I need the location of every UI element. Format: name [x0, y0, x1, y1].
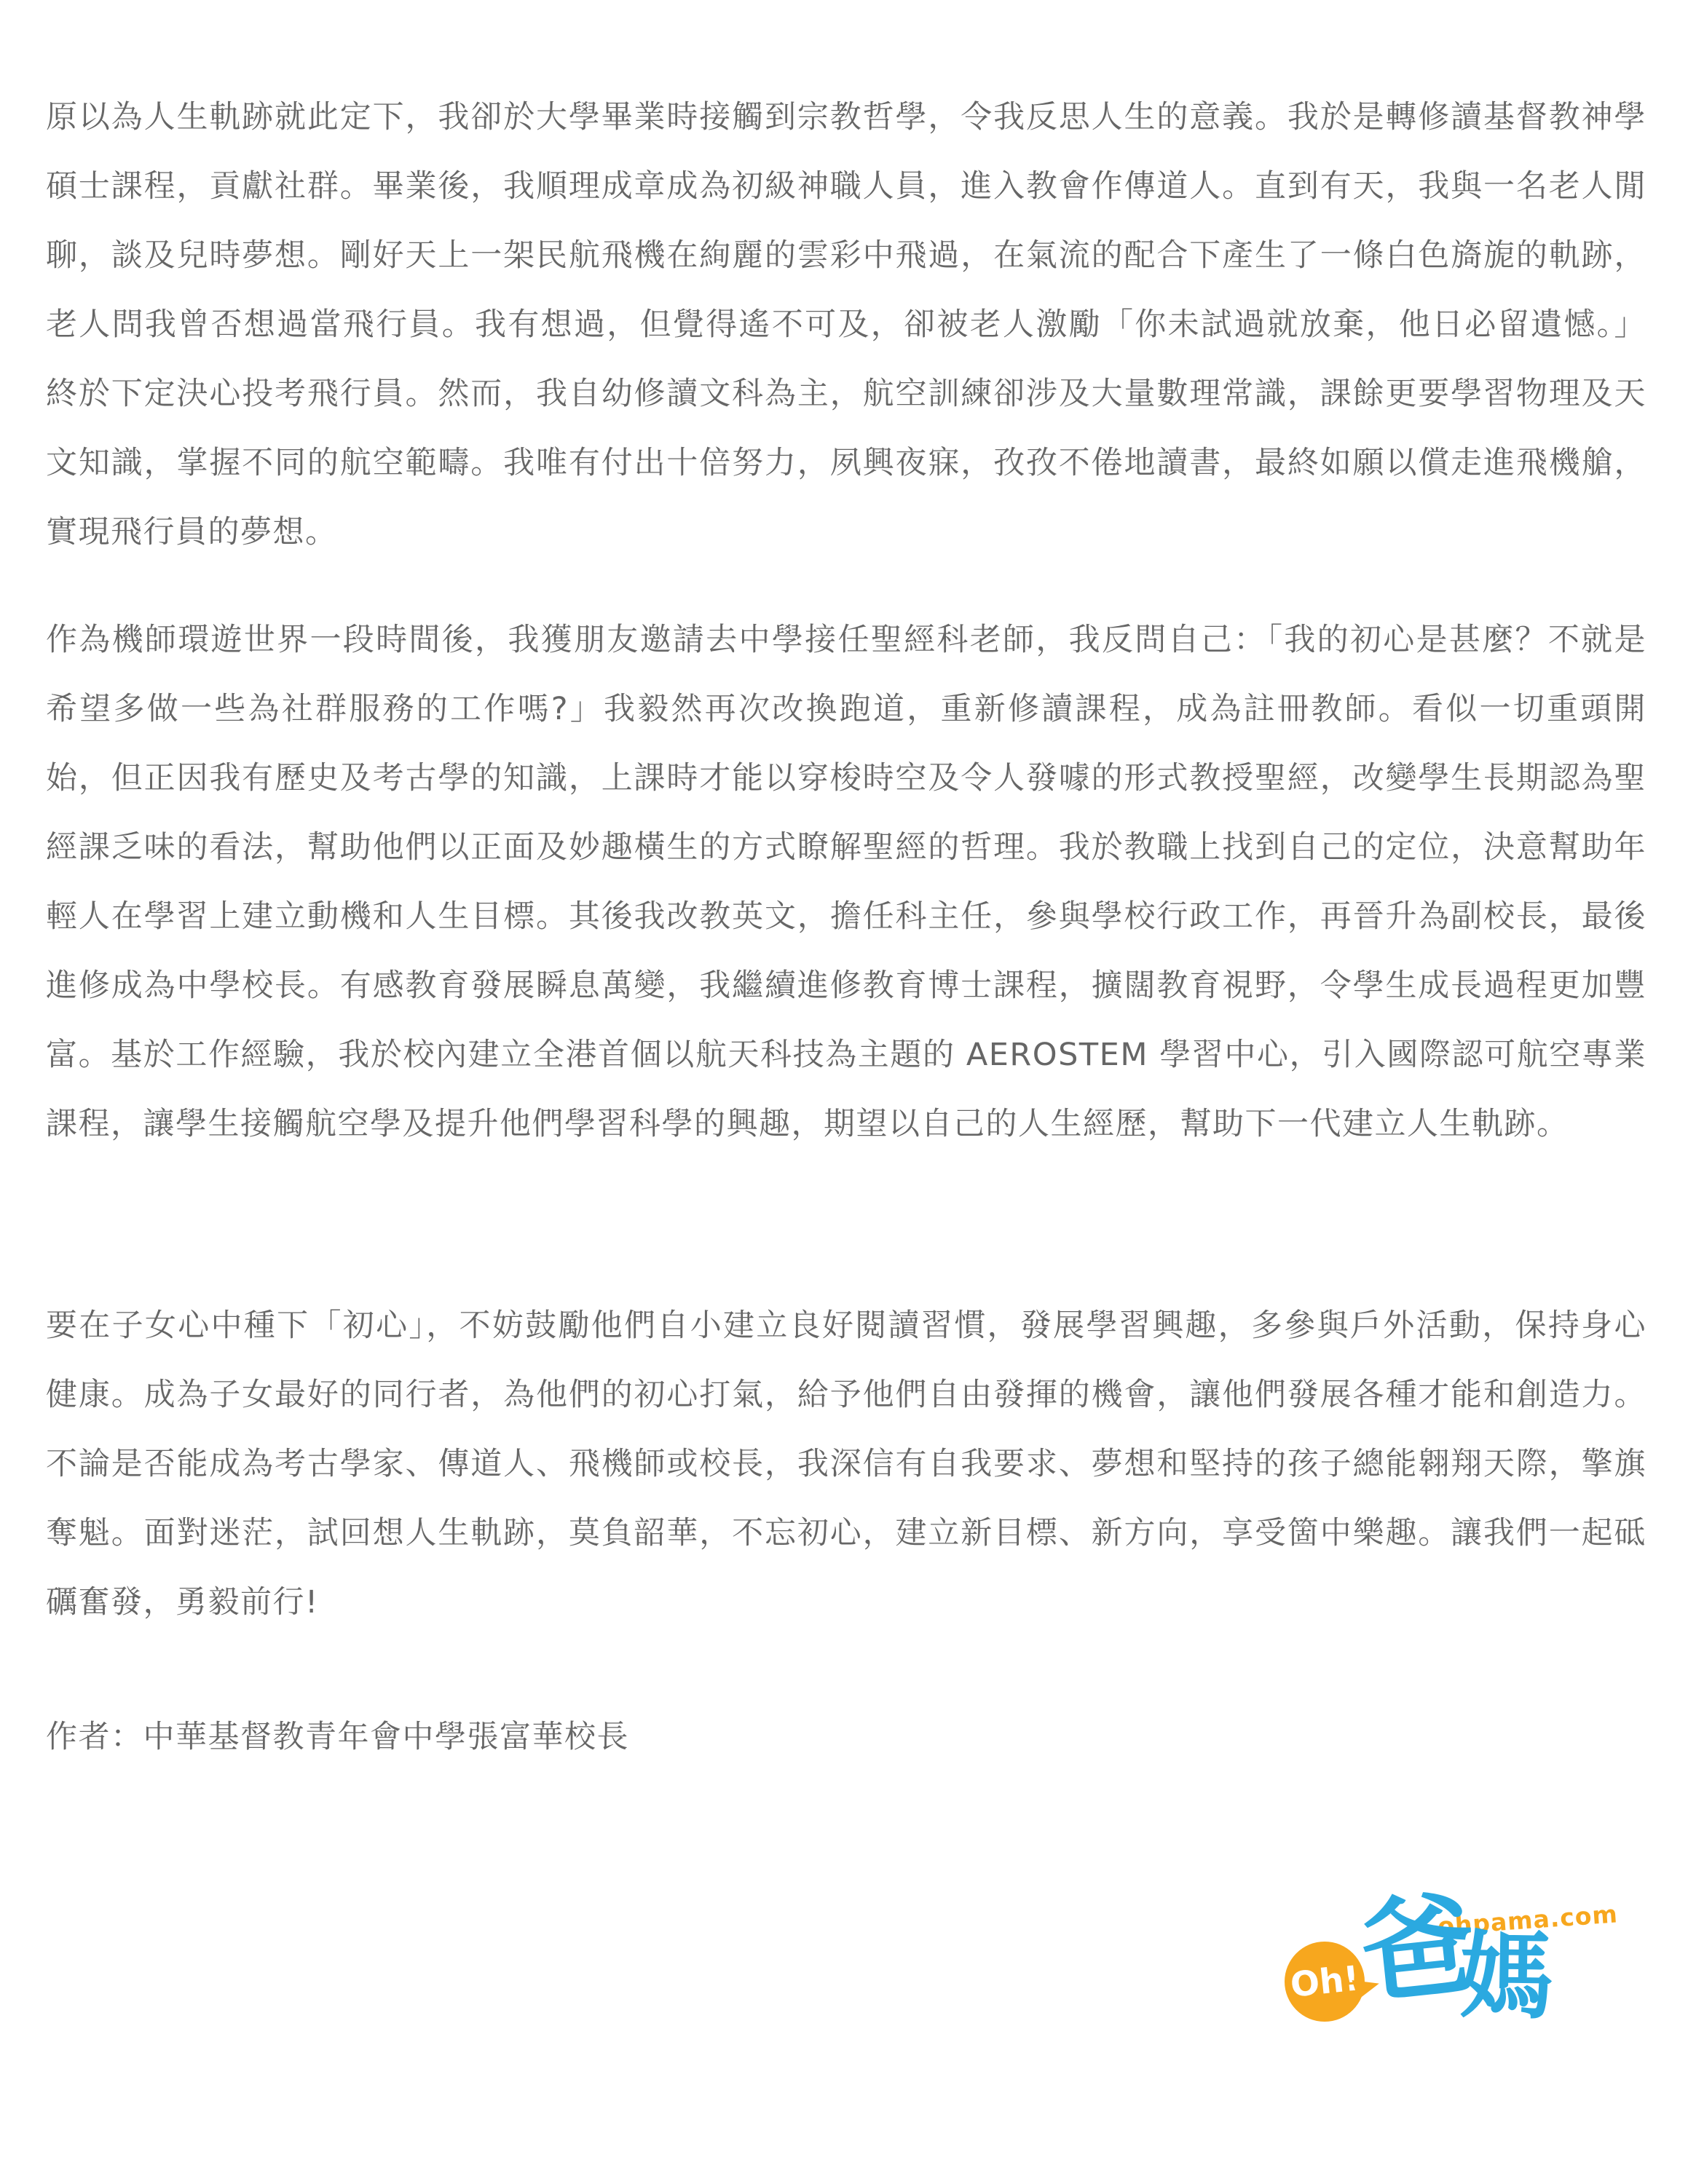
article-paragraph-2: 作為機師環遊世界一段時間後，我獲朋友邀請去中學接任聖經科老師，我反問自己：「我的… — [46, 606, 1646, 1159]
logo-oh-text: Oh! — [1288, 1958, 1361, 2006]
article-paragraph-3: 要在子女心中種下「初心」，不妨鼓勵他們自小建立良好閱讀習慣，發展學習興趣，多參與… — [46, 1291, 1646, 1637]
ohpama-logo[interactable]: ohpama.com Oh! 爸 媽 — [1276, 1887, 1589, 2043]
article-page: 原以為人生軌跡就此定下，我卻於大學畢業時接觸到宗教哲學，令我反思人生的意義。我於… — [0, 0, 1688, 2184]
logo-brand-char-ma: 媽 — [1459, 1928, 1555, 2025]
article-paragraph-1: 原以為人生軌跡就此定下，我卻於大學畢業時接觸到宗教哲學，令我反思人生的意義。我於… — [46, 83, 1646, 567]
author-line: 作者：中華基督教青年會中學張富華校長 — [46, 1703, 629, 1772]
